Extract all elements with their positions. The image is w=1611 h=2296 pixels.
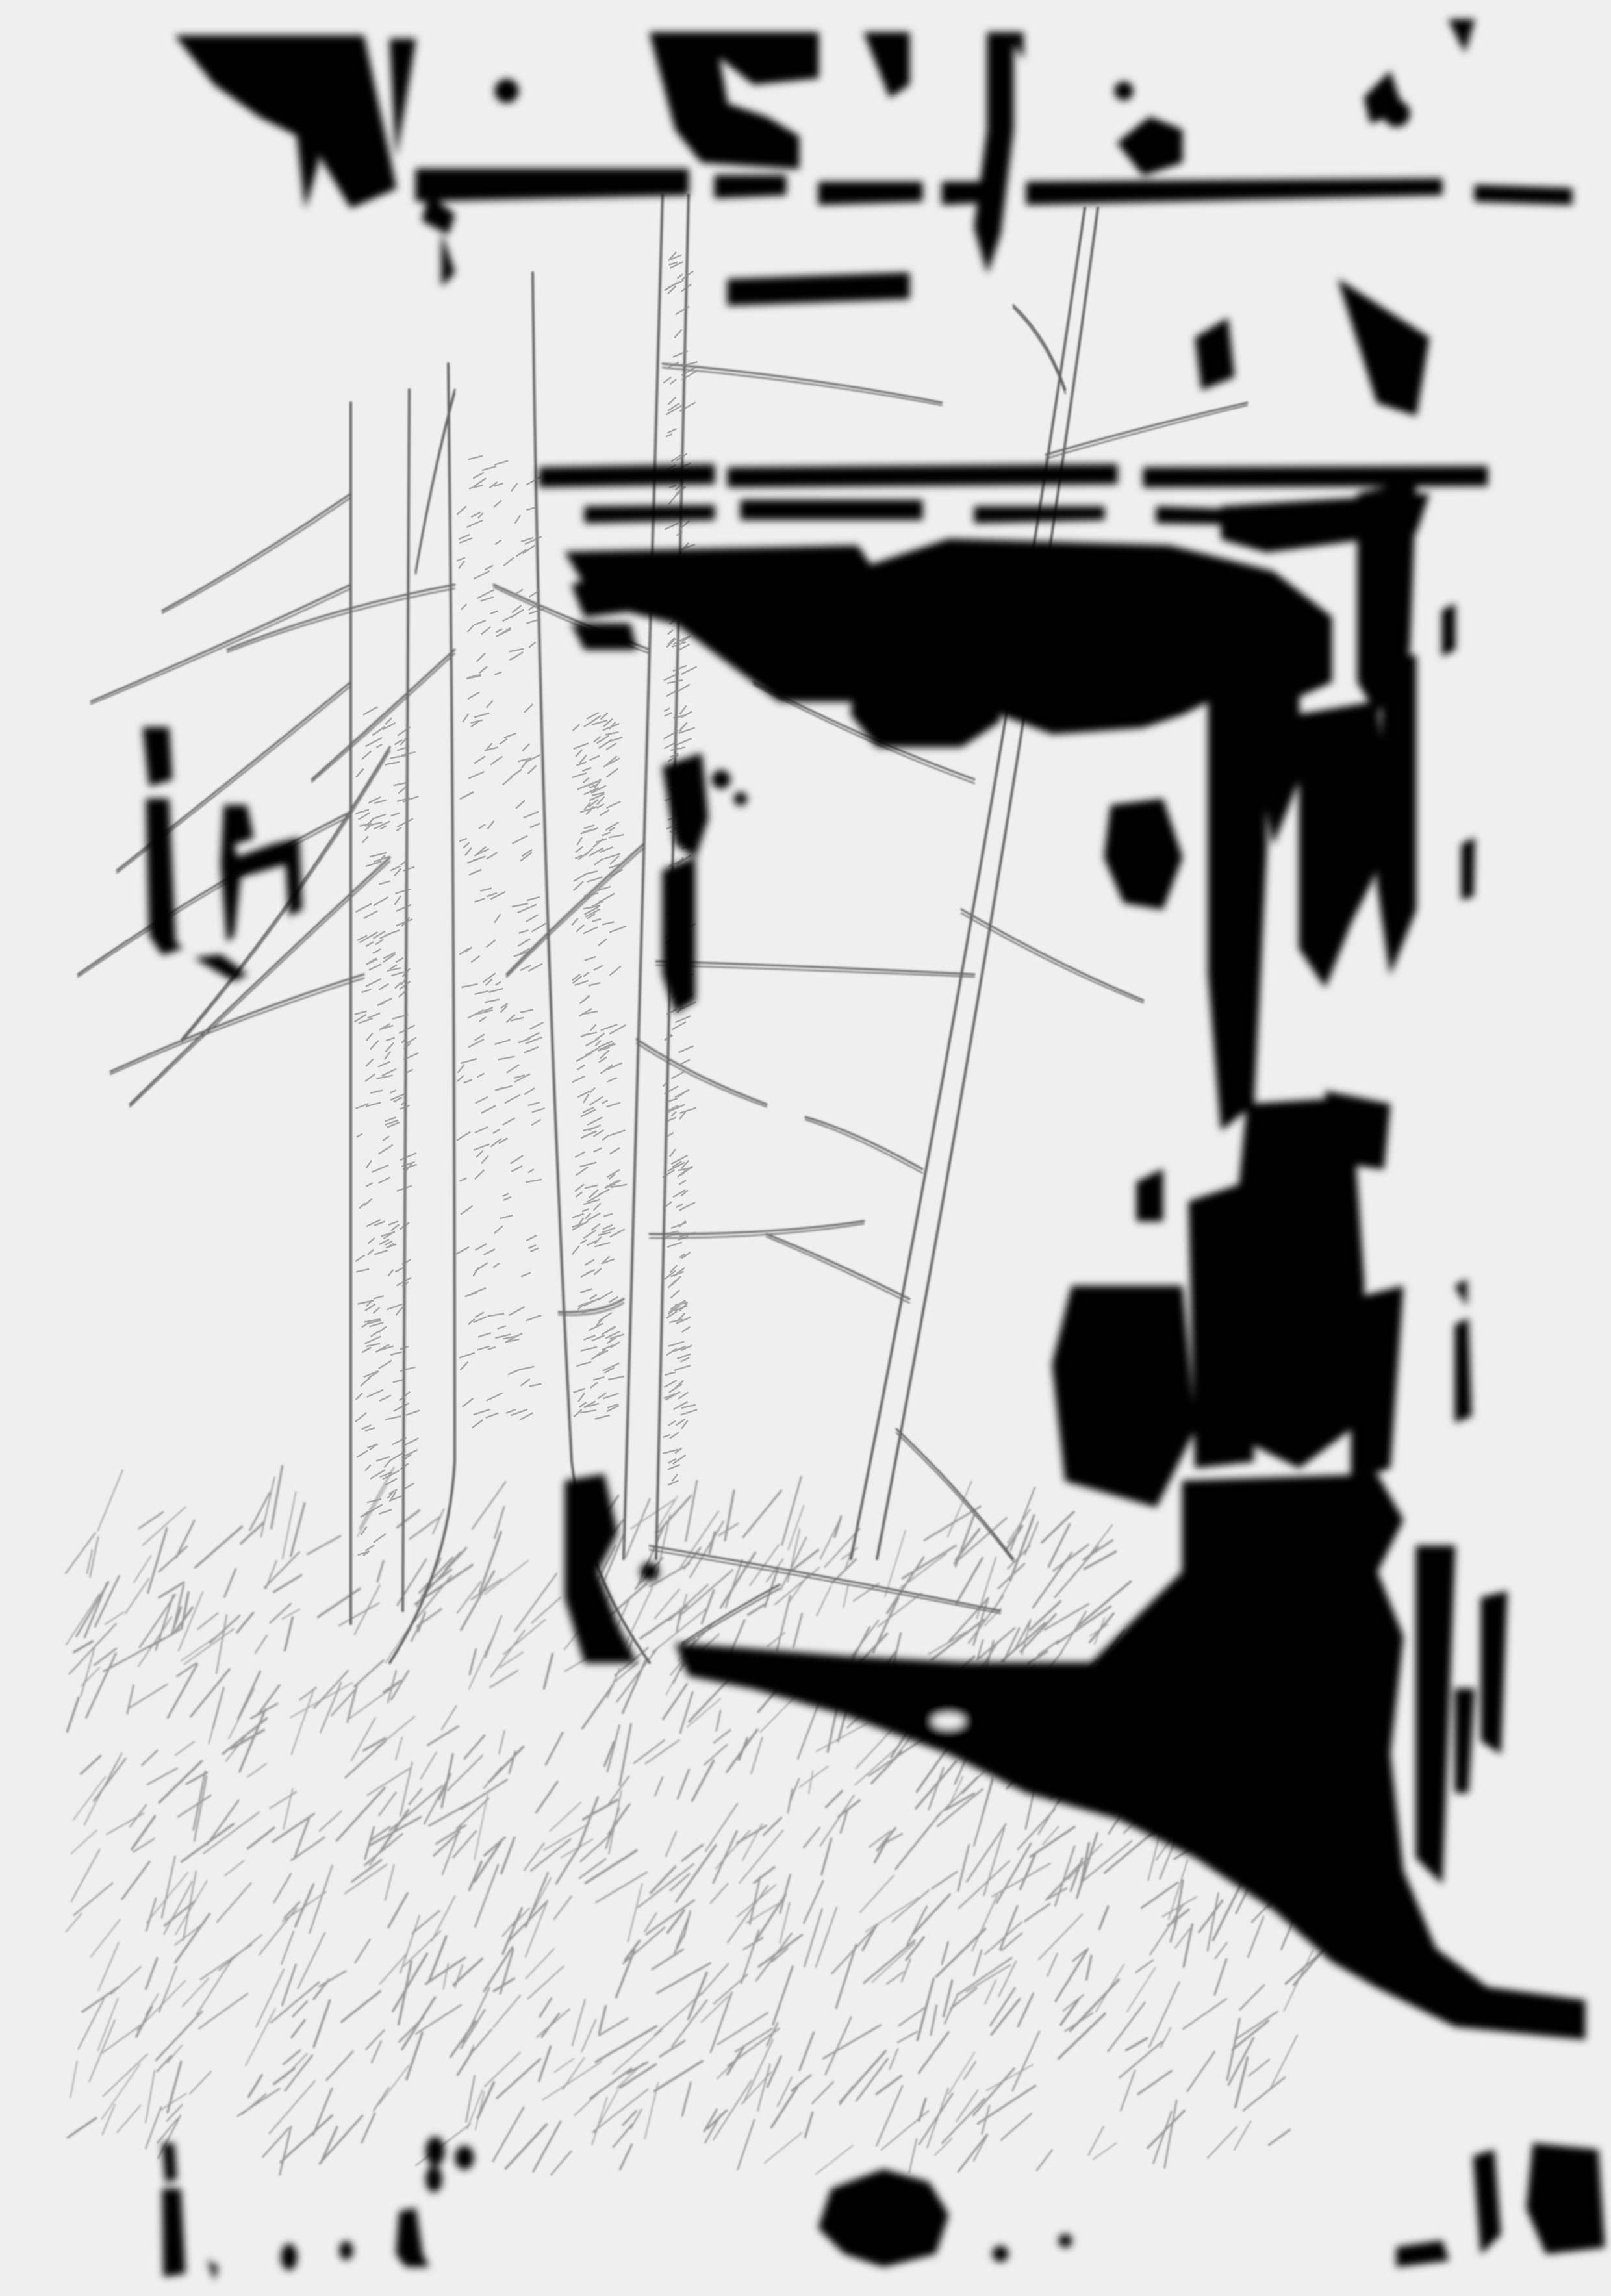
artwork-illustration xyxy=(0,0,1611,2296)
artwork-canvas: Pencil drawing of a forest with several … xyxy=(0,0,1611,2296)
